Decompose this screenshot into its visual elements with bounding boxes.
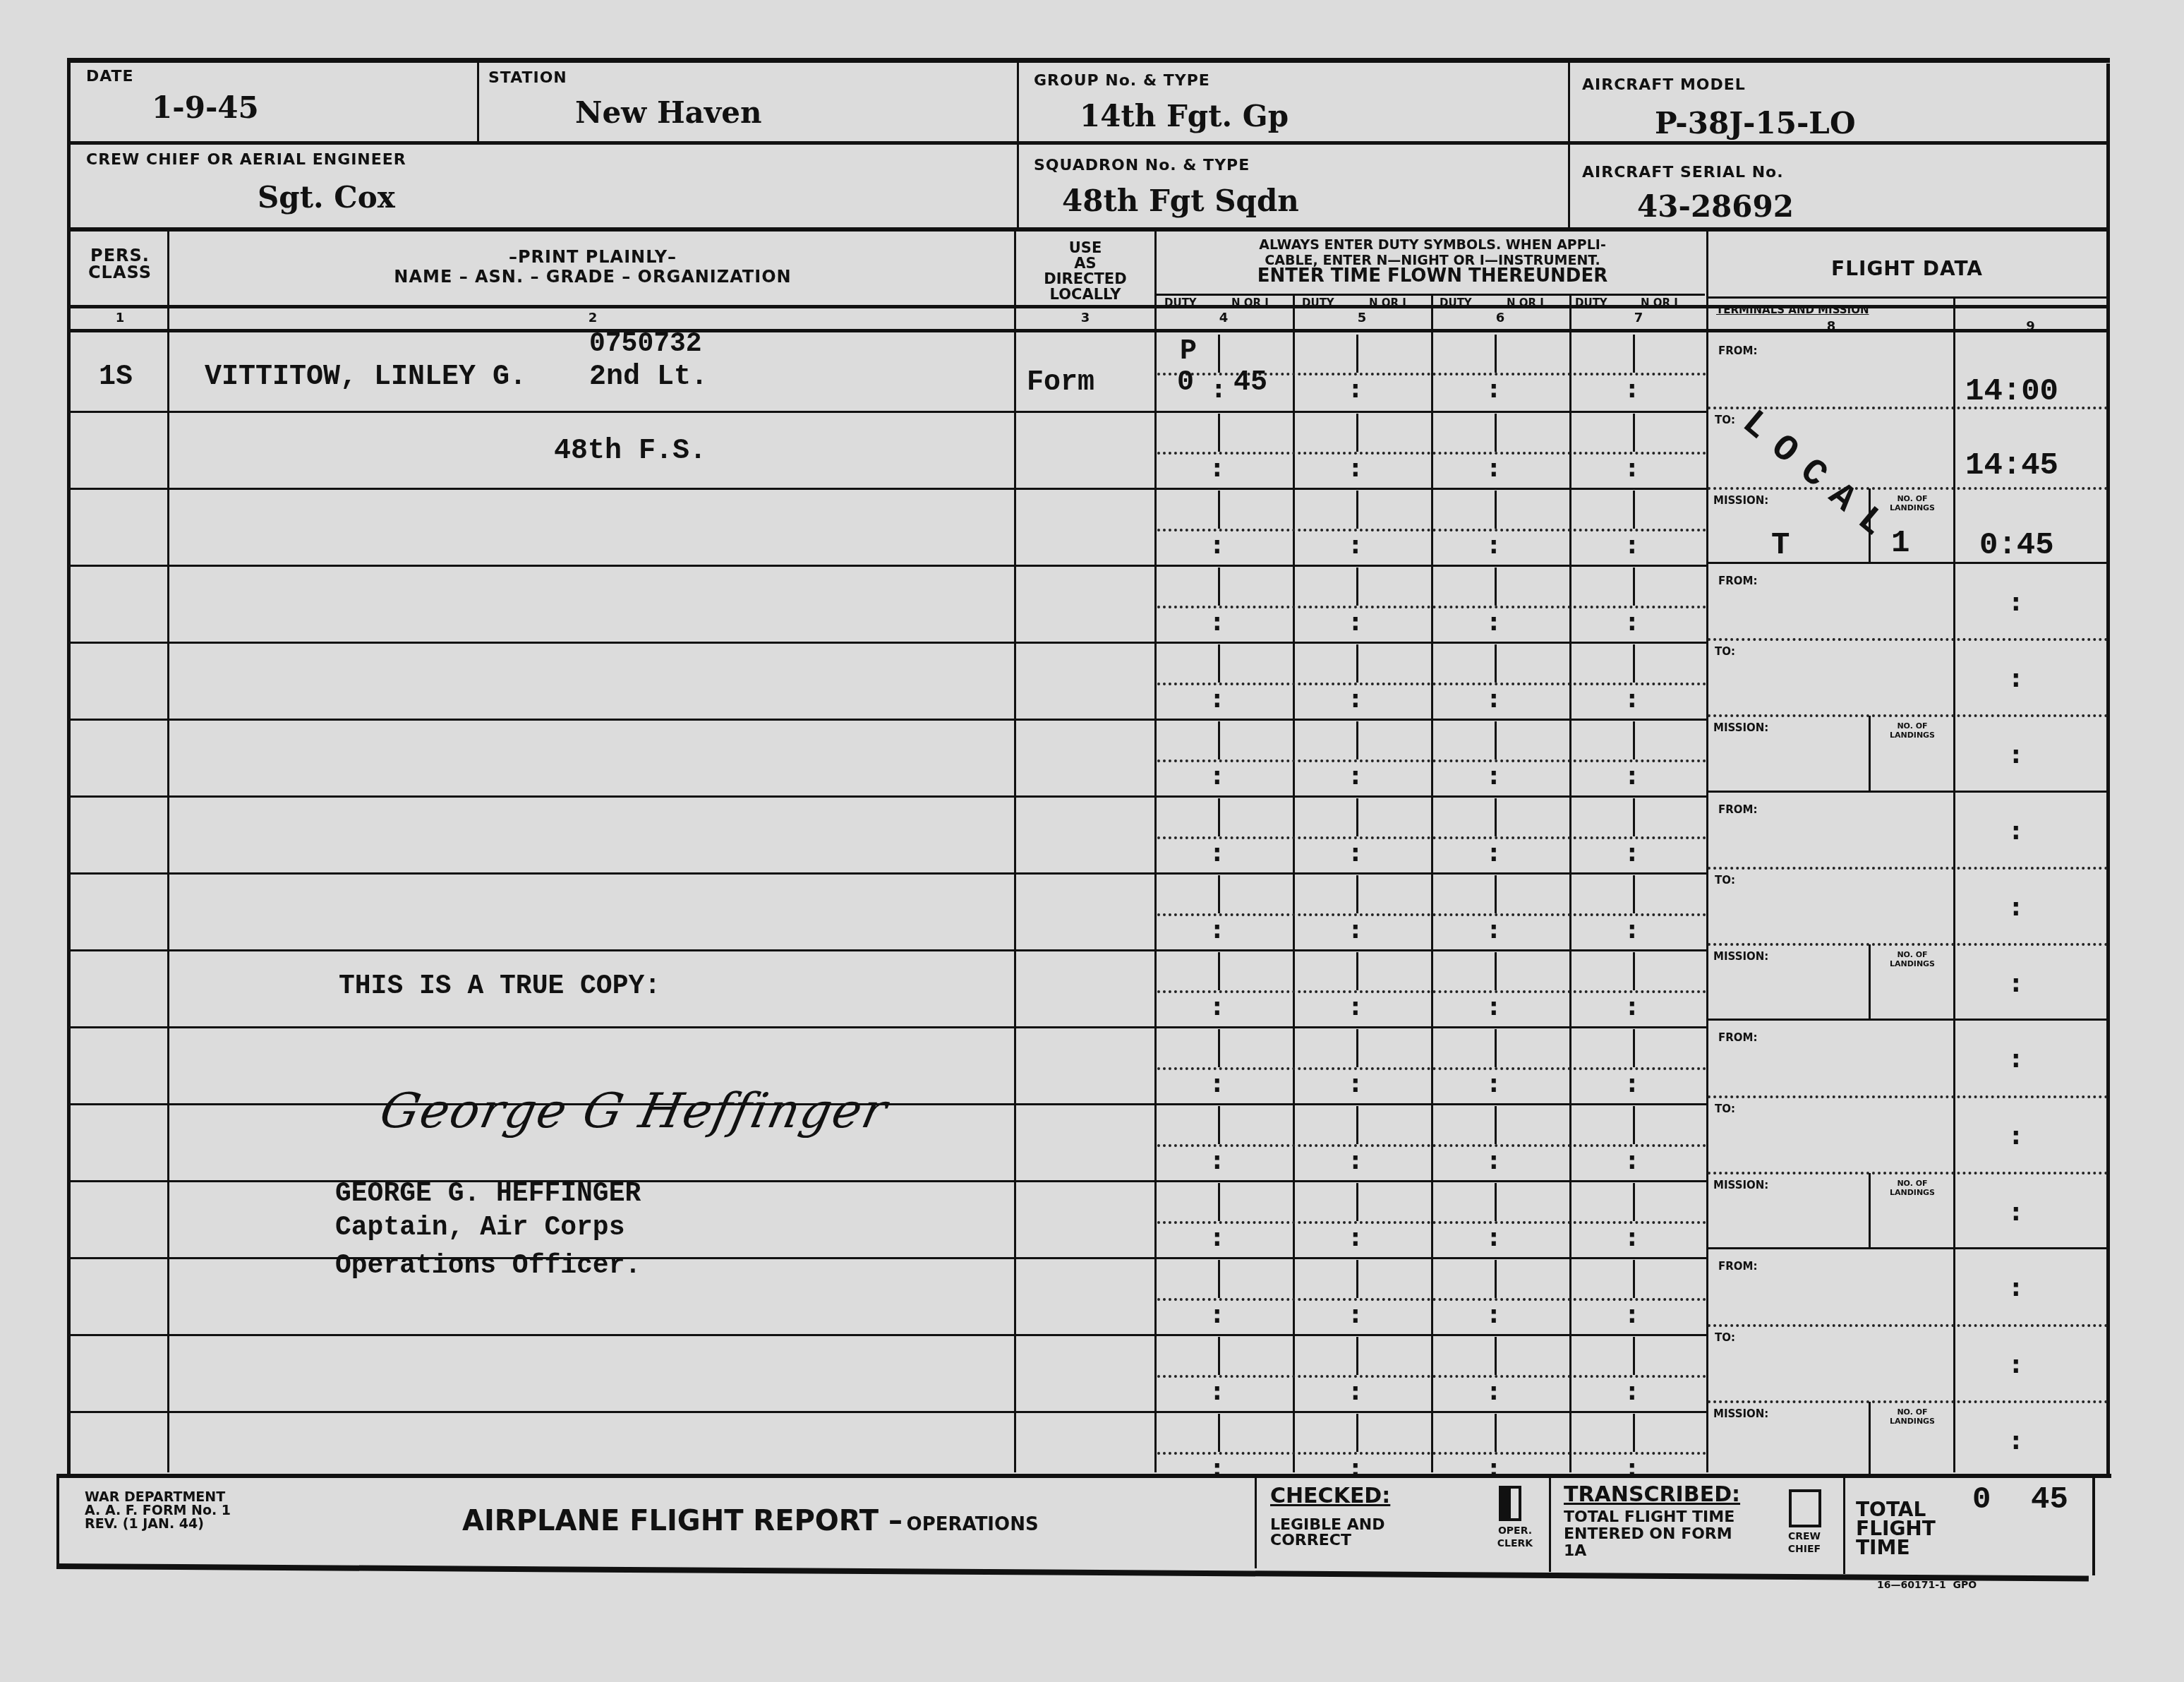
nori-divider: [1218, 721, 1220, 759]
nori-divider: [1495, 644, 1497, 683]
from-label: FROM:: [1718, 344, 1757, 357]
nori-divider: [1218, 644, 1220, 683]
time-colon: :: [1489, 839, 1499, 867]
flight-dotted-line: [1708, 1324, 2108, 1327]
oper-clerk-label: OPER. CLERK: [1488, 1525, 1543, 1550]
mission-label: MISSION:: [1713, 1179, 1768, 1191]
date-label: DATE: [86, 68, 134, 85]
time-colon: :: [1351, 685, 1361, 714]
nori-divider: [1218, 1106, 1220, 1144]
nori-divider: [1218, 414, 1220, 452]
flight-block-line: [1708, 1019, 2108, 1021]
flight-dotted-line: [1708, 867, 2108, 870]
to-label: TO:: [1715, 874, 1735, 887]
name-column-header: NAME – ASN. – GRADE – ORGANIZATION: [169, 267, 1016, 287]
serial-label: AIRCRAFT SERIAL No.: [1582, 164, 1784, 181]
nori-divider: [1356, 1414, 1358, 1452]
time-colon: :: [2011, 1351, 2021, 1379]
time-colon: :: [1489, 762, 1499, 791]
time-colon: :: [1627, 1301, 1637, 1329]
nori-divider: [1356, 1183, 1358, 1221]
time-colon: :: [1489, 376, 1499, 404]
landings-divider: [1869, 1173, 1871, 1247]
nori-divider: [1356, 567, 1358, 606]
time-colon: :: [2011, 1274, 2021, 1302]
vline-name: [1014, 230, 1016, 1472]
use-locally-line-1: USE: [1016, 240, 1154, 256]
duty-subheader-6: DUTY: [1440, 296, 1472, 309]
vline-col-7: [1569, 294, 1571, 1472]
header-divider-2: [67, 227, 2110, 232]
form-title: AIRPLANE FLIGHT REPORT – OPERATIONS: [462, 1505, 1039, 1537]
footer-top-border: [56, 1474, 2111, 1478]
duty-dotted-line: [1157, 683, 1706, 685]
nori-divider: [1218, 1260, 1220, 1298]
flight-data-header: FLIGHT DATA: [1708, 257, 2106, 280]
duty-dotted-line: [1157, 913, 1706, 916]
time-colon: :: [1627, 1224, 1637, 1252]
header-divider-1: [67, 141, 2110, 145]
use-locally-line-3: DIRECTED: [1016, 271, 1154, 287]
total-flight-time-label: TOTAL FLIGHT TIME: [1856, 1500, 1962, 1557]
pers-class-header: PERS. CLASS: [74, 247, 166, 281]
time-colon: :: [1627, 839, 1637, 867]
time-colon: :: [1489, 1378, 1499, 1406]
vline-flight-data: [1706, 230, 1708, 1472]
header-vline-station: [477, 61, 479, 143]
time-colon: :: [1351, 1070, 1361, 1098]
time-colon: :: [2011, 589, 2021, 617]
nori-divider: [1633, 875, 1635, 913]
row-line: [68, 565, 1707, 567]
time-colon: :: [1351, 531, 1361, 560]
nori-divider: [1356, 798, 1358, 836]
nori-divider: [1633, 491, 1635, 529]
header-vline-model: [1568, 62, 1570, 232]
time-colon: :: [1351, 839, 1361, 867]
mission-label: MISSION:: [1713, 721, 1768, 734]
local-stamp: LOCAL: [1761, 360, 1944, 501]
time-colon: :: [1351, 762, 1361, 791]
nori-divider: [1356, 952, 1358, 990]
duty-dotted-line: [1157, 1221, 1706, 1224]
nori-divider: [1633, 721, 1635, 759]
print-plainly-header: –PRINT PLAINLY–: [169, 247, 1016, 267]
col-number-9: 9: [1955, 319, 2106, 334]
time-colon: :: [1212, 839, 1222, 867]
landings-label: NO. OF LANDINGS: [1874, 950, 1951, 968]
row-line: [68, 1180, 1707, 1182]
nori-divider: [1356, 1106, 1358, 1144]
time-colon: :: [1489, 1301, 1499, 1329]
time-colon: :: [2011, 817, 2021, 846]
crew-chief-label: CREW CHIEF OR AERIAL ENGINEER: [86, 151, 406, 169]
mission-value[interactable]: T: [1771, 528, 1790, 563]
time-colon: :: [1489, 1224, 1499, 1252]
true-copy-text: THIS IS A TRUE COPY:: [339, 971, 660, 1002]
nori-divider: [1633, 644, 1635, 683]
group-value[interactable]: 14th Fgt. Gp: [1080, 99, 1289, 133]
duty-instruction-line-1: ALWAYS ENTER DUTY SYMBOLS. WHEN APPLI-: [1157, 237, 1708, 253]
nori-divider: [1495, 798, 1497, 836]
use-locally-line-2: AS: [1016, 256, 1154, 271]
nori-divider: [1218, 875, 1220, 913]
from-label: FROM:: [1718, 575, 1757, 587]
time-colon: :: [1489, 1070, 1499, 1098]
time-colon: :: [1489, 916, 1499, 944]
time-colon: :: [1489, 1147, 1499, 1175]
col-number-3: 3: [1016, 311, 1154, 325]
time-colon: :: [1627, 993, 1637, 1021]
time-colon: :: [1351, 1224, 1361, 1252]
flight-dotted-line: [1708, 638, 2108, 641]
vline-col-5: [1293, 294, 1295, 1472]
time-colon: :: [1351, 376, 1361, 404]
transcribed-label: TRANSCRIBED:: [1564, 1482, 1740, 1507]
nori-divider: [1495, 1414, 1497, 1452]
crew-organization[interactable]: 48th F.S.: [554, 435, 706, 467]
officer-rank: Captain, Air Corps: [335, 1213, 625, 1243]
nori-divider: [1218, 1337, 1220, 1375]
from-time[interactable]: 14:00: [1965, 374, 2058, 409]
form-title-main: AIRPLANE FLIGHT REPORT –: [462, 1505, 903, 1537]
nori-divider: [1633, 567, 1635, 606]
terminals-mission-header: TERMINALS AND MISSION: [1716, 304, 1869, 316]
col-number-5: 5: [1293, 311, 1431, 325]
row-line: [68, 1411, 1707, 1413]
flight-dotted-line: [1708, 1095, 2108, 1098]
time-colon: :: [1212, 762, 1222, 791]
crew-pers-class[interactable]: 1S: [99, 361, 133, 393]
vline-use-locally: [1154, 230, 1157, 1472]
time-colon: :: [1351, 455, 1361, 483]
nori-divider: [1218, 1183, 1220, 1221]
nori-divider: [1495, 491, 1497, 529]
landings-divider: [1869, 1402, 1871, 1474]
duty-dotted-line: [1157, 836, 1706, 839]
row-line: [68, 1257, 1707, 1259]
nori-divider: [1495, 335, 1497, 373]
time-colon: :: [1212, 1301, 1222, 1329]
footer-vline-checked: [1255, 1477, 1257, 1568]
use-locally-line-4: LOCALLY: [1016, 287, 1154, 302]
landings-divider: [1869, 944, 1871, 1019]
time-colon: :: [1351, 1301, 1361, 1329]
nori-subheader-5: N OR I: [1369, 296, 1406, 309]
aircraft-model-label: AIRCRAFT MODEL: [1582, 76, 1746, 94]
col-number-7: 7: [1569, 311, 1708, 325]
crew-use-locally[interactable]: Form: [1027, 367, 1094, 399]
nori-subheader-4: N OR I: [1231, 296, 1269, 309]
duty-dotted-line: [1157, 1375, 1706, 1378]
form-revision: REV. (1 JAN. 44): [85, 1518, 231, 1531]
flight-dotted-line: [1708, 1172, 2108, 1175]
col-number-6: 6: [1431, 311, 1569, 325]
nori-divider: [1633, 798, 1635, 836]
nori-divider: [1356, 721, 1358, 759]
flight-block-line: [1708, 791, 2108, 793]
nori-subheader-7: N OR I: [1641, 296, 1678, 309]
total-hours[interactable]: 0: [1972, 1482, 1991, 1518]
row-line: [68, 1026, 1707, 1028]
time-colon: :: [2011, 1427, 2021, 1455]
crew-asn[interactable]: 0750732: [589, 329, 702, 359]
duty-dotted-line: [1157, 1298, 1706, 1301]
time-colon: :: [1212, 1224, 1222, 1252]
to-label: TO:: [1715, 645, 1735, 658]
time-colon: :: [1627, 916, 1637, 944]
time-colon: :: [2011, 1122, 2021, 1151]
flight-dotted-line: [1708, 1400, 2108, 1403]
nori-divider: [1356, 335, 1358, 373]
duty-dotted-line: [1157, 759, 1706, 762]
form-right-border: [2106, 64, 2110, 1475]
crew-chief-value[interactable]: Sgt. Cox: [258, 180, 395, 215]
department-block: WAR DEPARTMENT A. A. F. FORM No. 1 REV. …: [85, 1491, 231, 1531]
time-colon: :: [1214, 376, 1224, 404]
col-number-1: 1: [74, 311, 166, 325]
duty-instruction-line-3: ENTER TIME FLOWN THEREUNDER: [1157, 268, 1708, 284]
aircraft-model-value[interactable]: P-38J-15-LO: [1655, 106, 1855, 140]
officer-name: GEORGE G. HEFFINGER: [335, 1179, 641, 1209]
row-line: [68, 411, 1707, 413]
time-colon: :: [1489, 993, 1499, 1021]
duty-dotted-line: [1157, 529, 1706, 531]
nori-divider: [1495, 1337, 1497, 1375]
landings-value[interactable]: 1: [1891, 526, 1910, 561]
nori-divider: [1218, 1029, 1220, 1067]
time-colon: :: [2011, 1199, 2021, 1227]
print-code: 16—60171-1 GPO: [1877, 1580, 1977, 1591]
time-colon: :: [1212, 685, 1222, 714]
duty-subheader-4: DUTY: [1164, 296, 1197, 309]
nori-subheader-6: N OR I: [1507, 296, 1544, 309]
nori-divider: [1218, 952, 1220, 990]
time-colon: :: [2011, 1045, 2021, 1074]
time-colon: :: [1627, 455, 1637, 483]
flight-duration[interactable]: 0:45: [1979, 528, 2054, 563]
form-title-sub: OPERATIONS: [907, 1514, 1039, 1535]
nori-divider: [1633, 1414, 1635, 1452]
nori-divider: [1633, 335, 1635, 373]
nori-divider: [1218, 491, 1220, 529]
row-line: [68, 949, 1707, 951]
nori-divider: [1356, 414, 1358, 452]
checked-label: CHECKED:: [1270, 1484, 1390, 1508]
time-colon: :: [1627, 608, 1637, 637]
nori-divider: [1495, 875, 1497, 913]
nori-divider: [1356, 1260, 1358, 1298]
nori-divider: [1356, 1029, 1358, 1067]
nori-divider: [1495, 1029, 1497, 1067]
flight-dotted-line: [1708, 714, 2108, 717]
duty-dotted-line: [1157, 606, 1706, 608]
station-label: STATION: [488, 69, 567, 87]
crew-chief-footer-label: CREW CHIEF: [1782, 1530, 1827, 1556]
duty-instructions-header: ALWAYS ENTER DUTY SYMBOLS. WHEN APPLI- C…: [1157, 237, 1708, 284]
time-colon: :: [1627, 531, 1637, 560]
landings-divider: [1869, 716, 1871, 791]
vline-flight-time: [1953, 296, 1955, 1472]
duty-subheader-5: DUTY: [1302, 296, 1334, 309]
footer-vline-transcribed: [1549, 1477, 1551, 1572]
row-line: [68, 488, 1707, 490]
time-colon: :: [1627, 1378, 1637, 1406]
landings-label: NO. OF LANDINGS: [1874, 1407, 1951, 1426]
oper-clerk-checkbox[interactable]: [1499, 1486, 1521, 1521]
nori-divider: [1495, 567, 1497, 606]
to-time[interactable]: 14:45: [1965, 448, 2058, 483]
nori-divider: [1218, 1414, 1220, 1452]
form-top-border: [67, 58, 2110, 63]
nori-divider: [1633, 1183, 1635, 1221]
form-left-border: [67, 58, 71, 1477]
time-colon: :: [1351, 993, 1361, 1021]
nori-divider: [1495, 1183, 1497, 1221]
time-colon: :: [1212, 608, 1222, 637]
duty-dotted-line: [1157, 1452, 1706, 1455]
time-colon: :: [1212, 531, 1222, 560]
footer-vline-total: [1843, 1477, 1845, 1574]
time-colon: :: [1627, 376, 1637, 404]
station-value[interactable]: New Haven: [575, 95, 761, 130]
time-colon: :: [1489, 455, 1499, 483]
legible-label: LEGIBLE AND CORRECT: [1270, 1518, 1404, 1549]
transcribed-desc: TOTAL FLIGHT TIME ENTERED ON FORM 1A: [1564, 1509, 1740, 1560]
duty-subheader-7: DUTY: [1575, 296, 1607, 309]
col-number-8: 8: [1708, 319, 1955, 334]
time-colon: :: [1627, 1147, 1637, 1175]
time-colon: :: [2011, 741, 2021, 769]
time-colon: :: [1212, 1378, 1222, 1406]
duty-subheader-line: [1154, 294, 1705, 296]
nori-divider: [1356, 644, 1358, 683]
crew-time-hours[interactable]: 0: [1177, 367, 1194, 399]
from-label: FROM:: [1718, 1260, 1757, 1273]
nori-divider: [1495, 952, 1497, 990]
from-label: FROM:: [1718, 803, 1757, 816]
footer-left-border: [56, 1474, 59, 1566]
nori-divider: [1356, 1337, 1358, 1375]
group-label: GROUP No. & TYPE: [1034, 72, 1210, 90]
nori-divider: [1495, 414, 1497, 452]
time-colon: :: [1351, 608, 1361, 637]
mission-label: MISSION:: [1713, 1407, 1768, 1420]
time-colon: :: [1212, 1455, 1222, 1483]
squadron-value[interactable]: 48th Fgt Sqdn: [1062, 184, 1299, 218]
time-colon: :: [1212, 455, 1222, 483]
nori-divider: [1495, 1260, 1497, 1298]
nori-divider: [1633, 1260, 1635, 1298]
crew-grade[interactable]: 2nd Lt.: [589, 361, 708, 393]
mission-label: MISSION:: [1713, 950, 1768, 963]
to-label: TO:: [1715, 1331, 1735, 1344]
serial-value[interactable]: 43-28692: [1637, 189, 1794, 224]
row-line: [68, 795, 1707, 798]
nori-divider: [1218, 335, 1220, 373]
duty-dotted-line: [1157, 990, 1706, 993]
duty-dotted-line: [1157, 1067, 1706, 1070]
time-colon: :: [1489, 685, 1499, 714]
crew-duty-symbol[interactable]: P: [1180, 336, 1197, 368]
vline-pers-class: [167, 230, 169, 1472]
duty-dotted-line: [1157, 1144, 1706, 1147]
footer-right-border: [2092, 1477, 2095, 1575]
header-vline-group: [1017, 61, 1019, 230]
time-colon: :: [2011, 894, 2021, 922]
nori-divider: [1633, 1029, 1635, 1067]
signature: George G Heffinger: [375, 1083, 893, 1139]
nori-divider: [1356, 875, 1358, 913]
nori-divider: [1218, 798, 1220, 836]
from-label: FROM:: [1718, 1031, 1757, 1044]
flight-dotted-line: [1708, 943, 2108, 946]
nori-divider: [1633, 1106, 1635, 1144]
time-colon: :: [1627, 1070, 1637, 1098]
nori-divider: [1495, 721, 1497, 759]
row-line: [68, 1334, 1707, 1336]
use-locally-header: USE AS DIRECTED LOCALLY: [1016, 240, 1154, 302]
total-minutes[interactable]: 45: [2031, 1482, 2068, 1518]
row-line: [68, 719, 1707, 721]
time-colon: :: [1212, 1070, 1222, 1098]
duty-dotted-line: [1157, 452, 1706, 455]
date-value[interactable]: 1-9-45: [152, 90, 259, 125]
col-number-2: 2: [169, 311, 1016, 325]
time-colon: :: [1212, 993, 1222, 1021]
crew-chief-checkbox[interactable]: [1789, 1489, 1821, 1527]
time-colon: :: [1351, 916, 1361, 944]
crew-time-minutes[interactable]: 45: [1233, 367, 1267, 399]
time-colon: :: [1627, 1455, 1637, 1483]
nori-divider: [1633, 414, 1635, 452]
time-colon: :: [2011, 970, 2021, 998]
vline-col-6: [1431, 294, 1433, 1472]
row-line: [68, 642, 1707, 644]
nori-divider: [1495, 1106, 1497, 1144]
landings-label: NO. OF LANDINGS: [1874, 1179, 1951, 1197]
nori-divider: [1356, 491, 1358, 529]
time-colon: :: [1627, 685, 1637, 714]
time-colon: :: [1351, 1147, 1361, 1175]
nori-divider: [1633, 952, 1635, 990]
squadron-label: SQUADRON No. & TYPE: [1034, 157, 1250, 174]
time-colon: :: [1351, 1378, 1361, 1406]
time-colon: :: [1489, 531, 1499, 560]
officer-title: Operations Officer.: [335, 1251, 641, 1281]
to-label: TO:: [1715, 1103, 1735, 1115]
time-colon: :: [1351, 1455, 1361, 1483]
to-label: TO:: [1715, 414, 1735, 426]
row-line: [68, 872, 1707, 875]
flight-data-subline: [1708, 296, 2106, 299]
time-colon: :: [1627, 762, 1637, 791]
time-colon: :: [1212, 1147, 1222, 1175]
landings-label: NO. OF LANDINGS: [1874, 721, 1951, 740]
time-colon: :: [1212, 916, 1222, 944]
time-colon: :: [1489, 608, 1499, 637]
col-number-4: 4: [1154, 311, 1293, 325]
time-colon: :: [2011, 665, 2021, 693]
time-colon: :: [1489, 1455, 1499, 1483]
flight-block-line: [1708, 1247, 2108, 1249]
nori-divider: [1218, 567, 1220, 606]
crew-name[interactable]: VITTITOW, LINLEY G.: [205, 361, 526, 393]
nori-divider: [1633, 1337, 1635, 1375]
